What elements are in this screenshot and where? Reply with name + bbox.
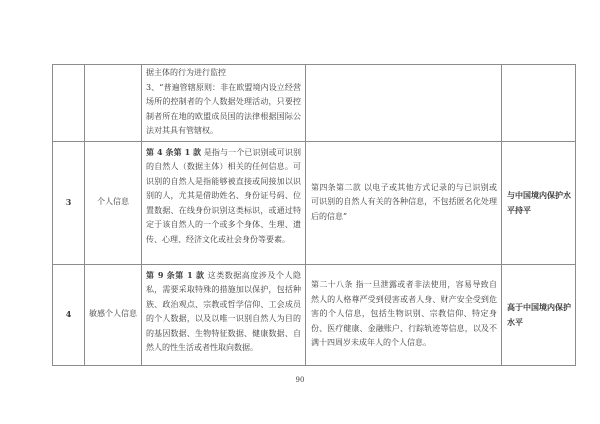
cn-provision-text: 第二十八条 指一旦泄露或者非法使用，容易导致自然人的人格尊严受到侵害或者人身、财… xyxy=(311,278,497,351)
cn-provision-cell xyxy=(306,65,502,142)
cn-article-ref: 第二十八条 xyxy=(311,280,353,289)
eu-provision-line: 3、“普遍管辖原则：非在欧盟境内设立经营场所的控制者的个人数据处理活动，只要控制… xyxy=(146,81,301,139)
eu-provision-text: 第 9 条第 1 款 这类数据高度涉及个人隐私，需要采取特殊的措施加以保护，包括… xyxy=(146,268,301,356)
eu-definition: 这类数据高度涉及个人隐私，需要采取特殊的措施加以保护，包括种族、政治观点、宗教或… xyxy=(146,271,301,353)
row-index-cell: 3 xyxy=(53,141,85,264)
cn-provision-text: 第四条第二款 以电子或其他方式记录的与已识别或可识别的自然人有关的各种信息，不包… xyxy=(311,181,497,225)
cn-definition: 指一旦泄露或者非法使用，容易导致自然人的人格尊严受到侵害或者人身、财产安全受到危… xyxy=(311,280,497,347)
eu-provision-cell: 第 9 条第 1 款 这类数据高度涉及个人隐私，需要采取特殊的措施加以保护，包括… xyxy=(142,264,306,365)
table-row: 4 敏感个人信息 第 9 条第 1 款 这类数据高度涉及个人隐私，需要采取特殊的… xyxy=(53,264,576,365)
comparison-cell: 高于中国境内保护水平 xyxy=(502,264,576,365)
eu-article-ref: 第 9 条第 1 款 xyxy=(146,270,205,280)
item-name-cell: 敏感个人信息 xyxy=(85,264,142,365)
item-name-cell: 个人信息 xyxy=(85,141,142,264)
row-index-cell xyxy=(53,65,85,142)
document-page: 据主体的行为进行监控 3、“普遍管辖原则：非在欧盟境内设立经营场所的控制者的个人… xyxy=(0,0,600,424)
table-row: 3 个人信息 第 4 条第 1 款 是指与一个已识别或可识别的自然人（数据主体）… xyxy=(53,141,576,264)
item-name-cell xyxy=(85,65,142,142)
eu-provision-cell: 据主体的行为进行监控 3、“普遍管辖原则：非在欧盟境内设立经营场所的控制者的个人… xyxy=(142,65,306,142)
eu-article-ref: 第 4 条第 1 款 xyxy=(146,147,201,157)
cn-provision-cell: 第二十八条 指一旦泄露或者非法使用，容易导致自然人的人格尊严受到侵害或者人身、财… xyxy=(306,264,502,365)
gdpr-pipl-comparison-table: 据主体的行为进行监控 3、“普遍管辖原则：非在欧盟境内设立经营场所的控制者的个人… xyxy=(52,64,576,366)
comparison-cell: 与中国境内保护水平持平 xyxy=(502,141,576,264)
table-row: 据主体的行为进行监控 3、“普遍管辖原则：非在欧盟境内设立经营场所的控制者的个人… xyxy=(53,65,576,142)
cn-article-ref: 第四条第二款 xyxy=(311,183,361,192)
comparison-cell xyxy=(502,65,576,142)
cn-provision-cell: 第四条第二款 以电子或其他方式记录的与已识别或可识别的自然人有关的各种信息，不包… xyxy=(306,141,502,264)
eu-provision-text: 第 4 条第 1 款 是指与一个已识别或可识别的自然人（数据主体）相关的任何信息… xyxy=(146,145,301,248)
page-number: 90 xyxy=(289,376,311,384)
eu-definition: 是指与一个已识别或可识别的自然人（数据主体）相关的任何信息。可识别的自然人是指能… xyxy=(146,148,301,244)
eu-provision-line: 据主体的行为进行监控 xyxy=(146,66,301,81)
row-index-cell: 4 xyxy=(53,264,85,365)
eu-provision-cell: 第 4 条第 1 款 是指与一个已识别或可识别的自然人（数据主体）相关的任何信息… xyxy=(142,141,306,264)
